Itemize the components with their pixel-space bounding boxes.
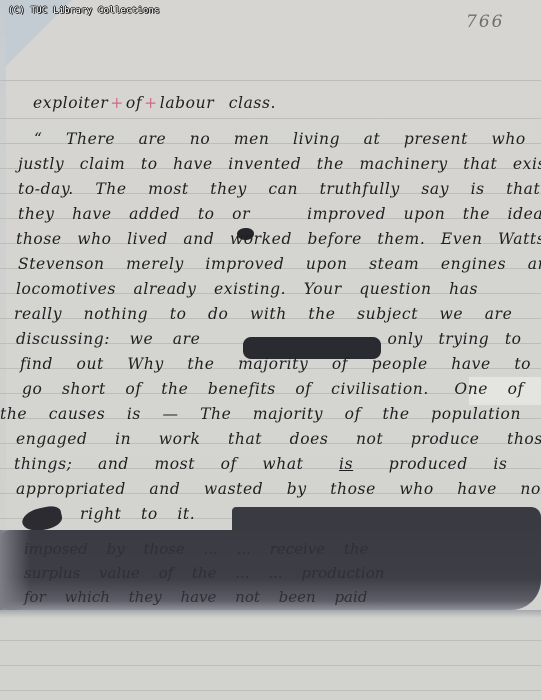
- handwritten-line: engaged in work that does not produce th…: [16, 430, 541, 448]
- ruled-line: [0, 118, 541, 119]
- redacted-text: for which they have not been paid: [24, 588, 367, 606]
- correction-mark: +: [110, 94, 124, 112]
- handwritten-line: Stevenson merely improved upon steam eng…: [18, 255, 541, 273]
- redacted-text: imposed by those ... ... receive the: [24, 540, 368, 558]
- handwritten-line: really nothing to do with the subject we…: [14, 305, 512, 323]
- handwritten-line: find out Why the majority of people have…: [20, 355, 531, 373]
- correction-mark: +: [144, 94, 158, 112]
- redacted-text: surplus value of the ... ... production: [24, 564, 384, 582]
- document-page: (C) TUC Library Collections 766 exploite…: [0, 0, 541, 700]
- handwritten-line: go short of the benefits of civilisation…: [22, 380, 524, 398]
- underlined-word: is: [339, 455, 353, 473]
- handwritten-line: appropriated and wasted by those who hav…: [16, 480, 541, 498]
- handwritten-line: “ There are no men living at present who…: [34, 130, 541, 148]
- page-number: 766: [466, 12, 504, 32]
- handwritten-line: those who lived and worked before them. …: [16, 230, 541, 248]
- handwritten-line: they have added to or improved upon the …: [18, 205, 541, 223]
- smear-fade: [0, 610, 541, 618]
- handwritten-line: exploiter+of+labour class.: [33, 94, 276, 112]
- ruled-line: [0, 80, 541, 81]
- copyright-watermark: (C) TUC Library Collections: [8, 6, 160, 16]
- handwritten-line: to-day. The most they can truthfully say…: [18, 180, 540, 198]
- ruled-line: [0, 690, 541, 691]
- redaction-ink-smear: imposed by those ... ... receive the sur…: [0, 500, 541, 620]
- ruled-line: [0, 640, 541, 641]
- handwritten-line: justly claim to have invented the machin…: [18, 155, 541, 173]
- handwritten-line: things; and most of what is produced is: [14, 455, 508, 473]
- handwritten-line: locomotives already existing. Your quest…: [16, 280, 478, 298]
- handwritten-line: the causes is — The majority of the popu…: [0, 405, 541, 423]
- ruled-line: [0, 665, 541, 666]
